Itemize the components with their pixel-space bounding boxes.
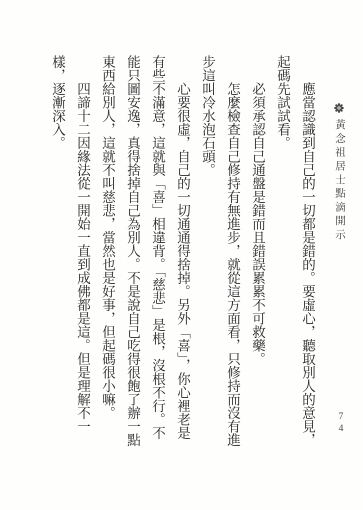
paragraph: 應當認識到自己的一切都是錯的。要虛心，聽取別人的意見，起碼先試試看。: [270, 55, 320, 447]
body-text: 應當認識到自己的一切都是錯的。要虛心，聽取別人的意見，起碼先試試看。 必須承認自…: [45, 55, 320, 447]
book-page: 黃念祖居士點滴開示 應當認識到自己的一切都是錯的。要虛心，聽取別人的意見，起碼先…: [0, 0, 363, 510]
page-number: 74: [336, 412, 346, 436]
running-head-title: 黃念祖居士點滴開示: [334, 119, 345, 242]
paragraph: 四諦十二因緣法從一開始一直到成佛都是這。但是理解不一樣，逐漸深入。: [45, 55, 95, 447]
paragraph: 必須承認自己通盤是錯而且錯誤累累不可救藥。: [245, 55, 270, 447]
paragraph: 怎麼檢查自己修持有無進步，就從這方面看，只修持而沒有進步這叫冷水泡石頭。: [195, 55, 245, 447]
running-head: 黃念祖居士點滴開示: [332, 103, 347, 242]
paragraph: 心要很虛，自己的一切通通得捨掉。另外「喜」，你心裡老是有些不滿意，這就與「喜」相…: [95, 55, 195, 447]
flower-icon: [334, 103, 345, 113]
